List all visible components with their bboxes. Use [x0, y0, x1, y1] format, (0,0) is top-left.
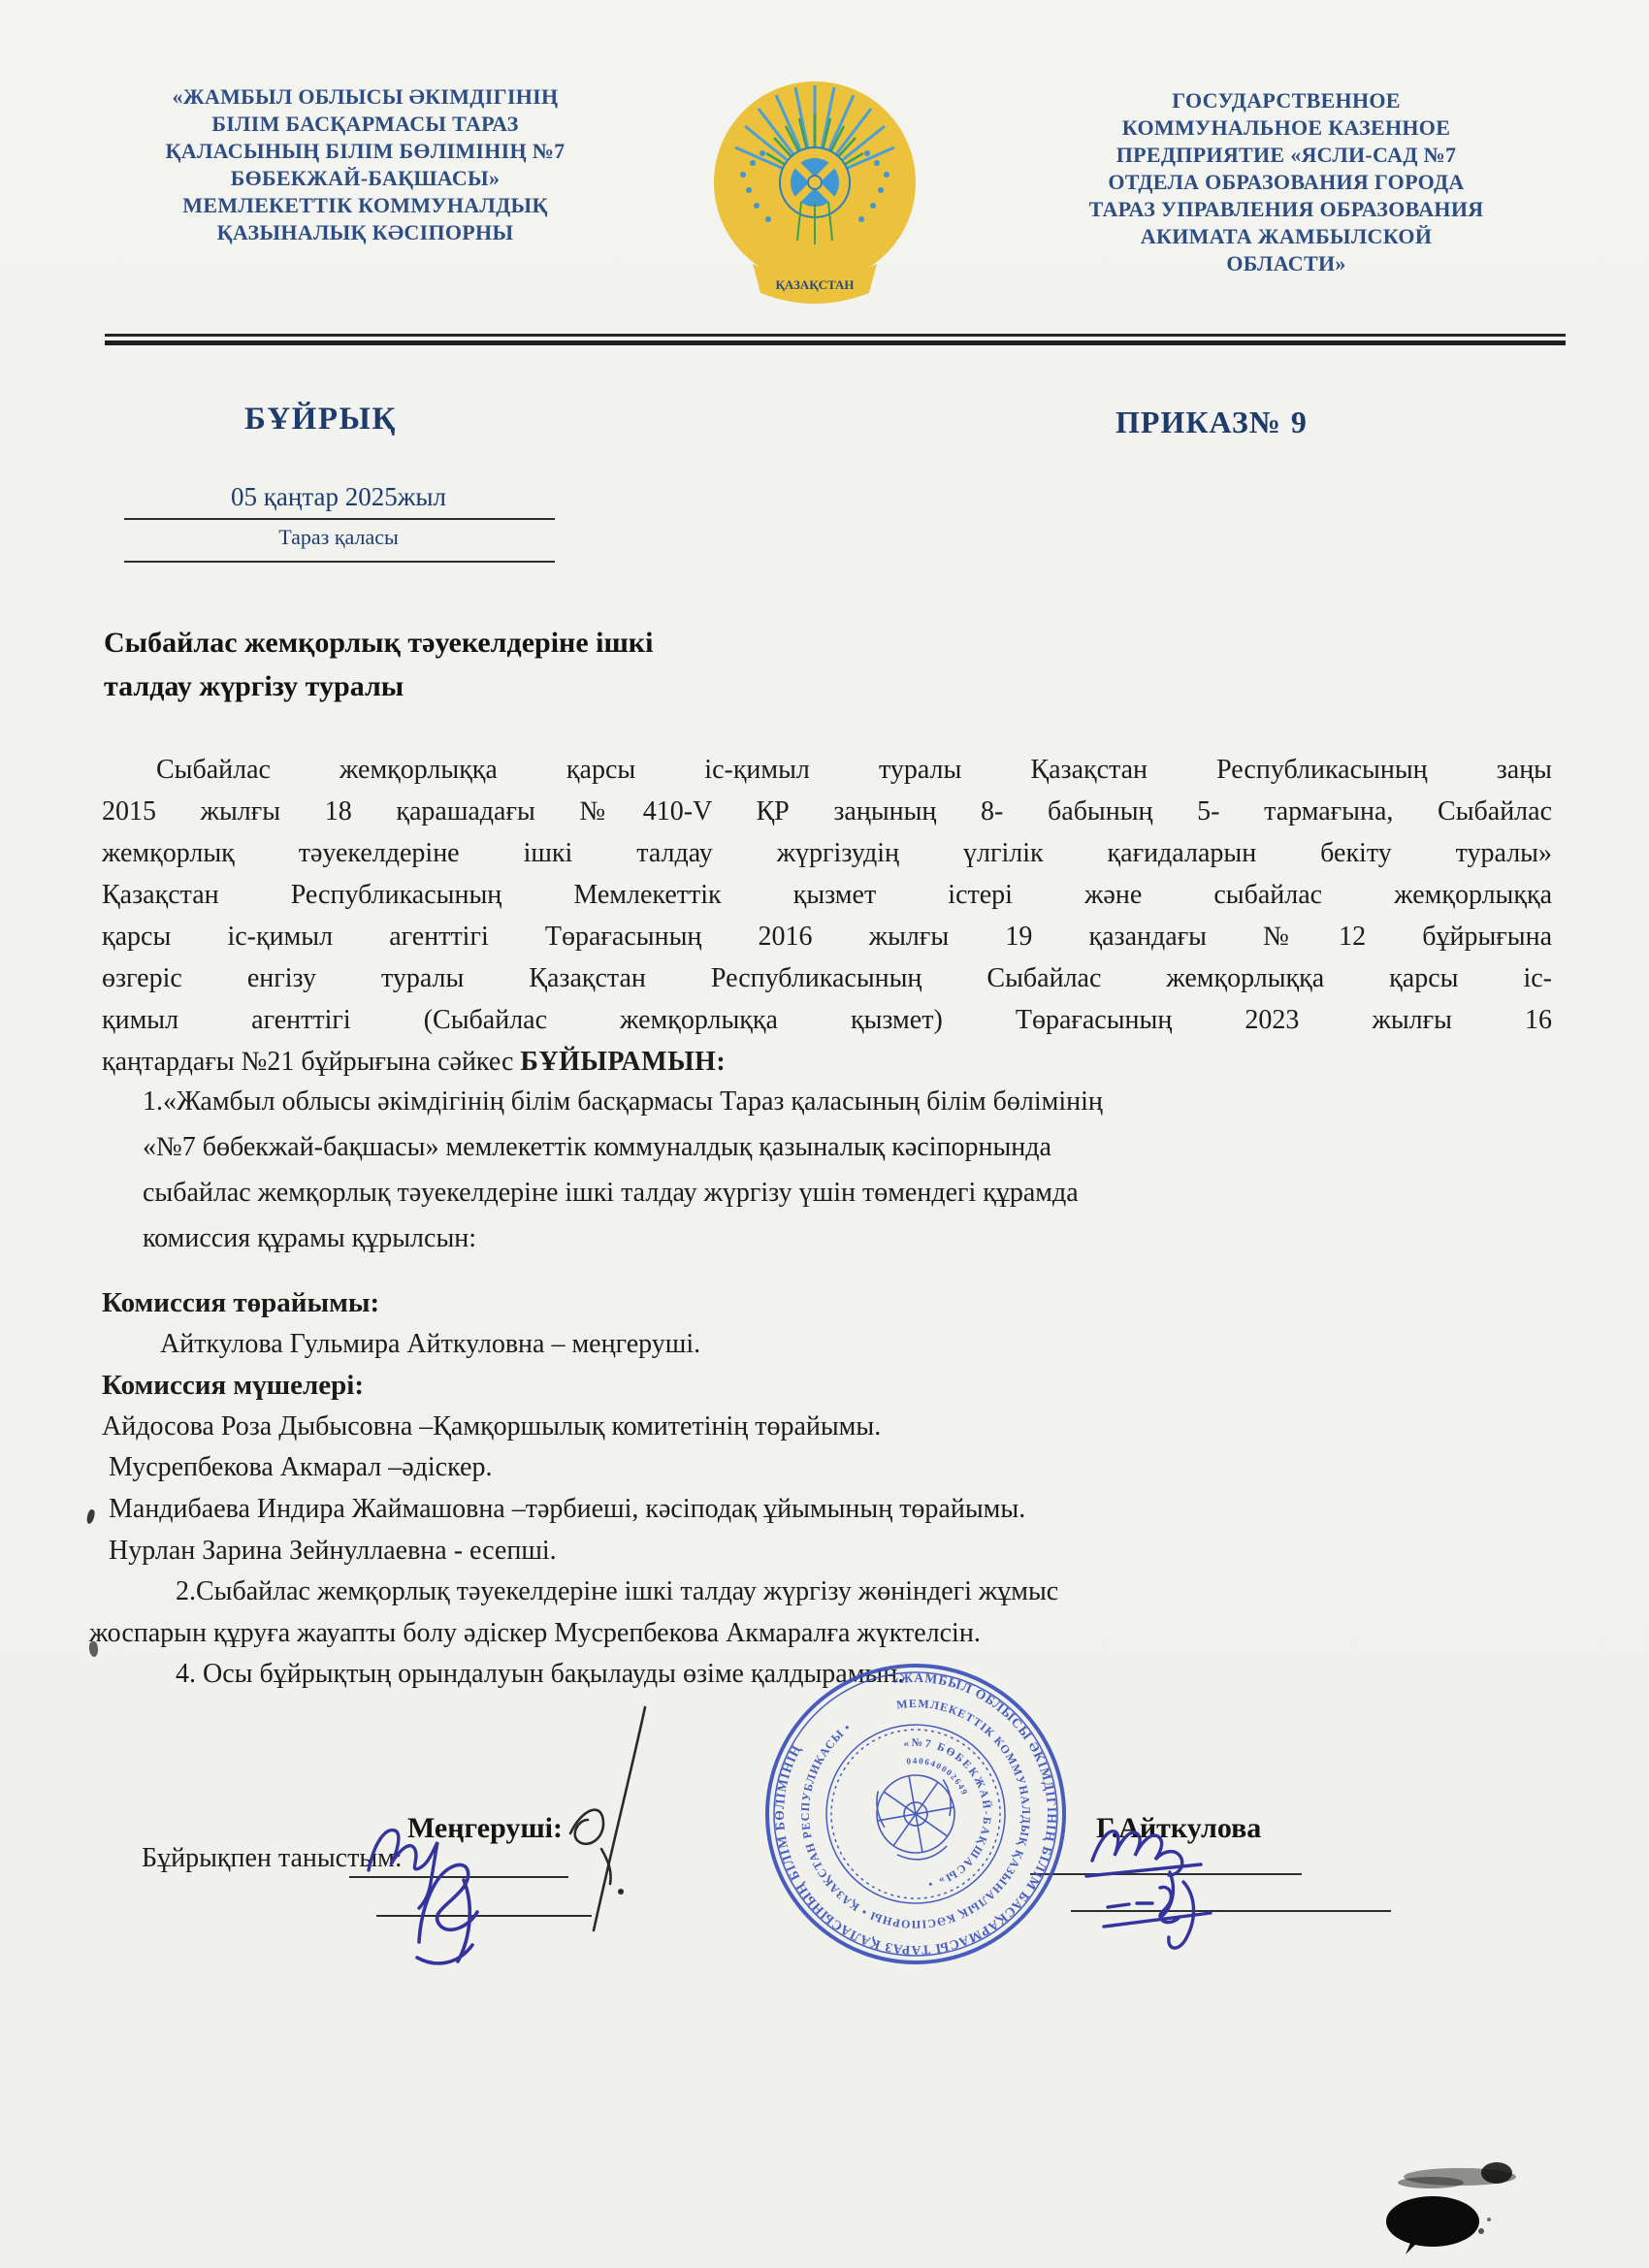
item-2: 2.Сыбайлас жемқорлық тәуекелдеріне ішкі … — [102, 1571, 1557, 1613]
org-line: ҚАЛАСЫНЫҢ БІЛІМ БӨЛІМІНІҢ №7 — [101, 138, 630, 165]
paragraph-line: өзгеріс енгізу туралы Қазақстан Республи… — [102, 957, 1552, 999]
org-line: БӨБЕКЖАЙ-БАҚШАСЫ» — [101, 165, 630, 192]
org-line: ТАРАЗ УПРАВЛЕНИЯ ОБРАЗОВАНИЯ — [1018, 196, 1554, 223]
org-line: ҚАЗЫНАЛЫҚ КӘСІПОРНЫ — [101, 219, 630, 246]
pen-signature — [570, 1707, 645, 1930]
org-line: ГОСУДАРСТВЕННОЕ — [1018, 87, 1554, 114]
paragraph-last-prefix: қаңтардағы №21 бұйрығына сәйкес — [102, 1047, 520, 1077]
org-line: АКИМАТА ЖАМБЫЛСКОЙ — [1018, 223, 1554, 250]
order-title-ru-label: ПРИКАЗ№ — [1115, 405, 1281, 439]
ink-smudge — [1398, 2162, 1516, 2188]
scanned-order-document: «ЖАМБЫЛ ОБЛЫСЫ ӘКІМДІГІНІҢ БІЛІМ БАСҚАРМ… — [0, 0, 1649, 2268]
acknowledgement-label: Бұйрықпен таныстым: — [142, 1843, 403, 1874]
signature-line — [1071, 1910, 1391, 1912]
order-date: 05 қаңтар 2025жыл — [124, 482, 553, 512]
header-divider — [105, 334, 1566, 350]
blue-signature — [1104, 1882, 1211, 1948]
org-line: ОБЛАСТИ» — [1018, 250, 1554, 277]
commission-member: Мандибаева Индира Жаймашовна –тәрбиеші, … — [102, 1489, 1557, 1531]
order-title-russian: ПРИКАЗ№9 — [1115, 405, 1308, 440]
commission-section: Комиссия төрайымы: Айткулова Гульмира Ай… — [102, 1282, 1557, 1696]
paragraph-line: Қазақстан Республикасының Мемлекеттік қы… — [102, 874, 1552, 916]
org-line: БІЛІМ БАСҚАРМАСЫ ТАРАЗ — [101, 111, 630, 138]
org-line: КОММУНАЛЬНОЕ КАЗЕННОЕ — [1018, 114, 1554, 142]
item-2-continuation: жоспарын құруға жауапты болу әдіскер Мус… — [89, 1613, 1557, 1655]
signature-line — [1030, 1873, 1302, 1875]
manager-label: Меңгеруші: — [407, 1812, 563, 1845]
paragraph-line: қимыл агенттігі (Сыбайлас жемқорлыққа қы… — [102, 999, 1552, 1041]
commission-members-header: Комиссия мүшелері: — [102, 1365, 1557, 1407]
decree-word: БҰЙЫРАМЫН: — [520, 1047, 726, 1077]
commission-member: Мусрепбекова Акмарал –әдіскер. — [102, 1447, 1557, 1489]
org-line: ОТДЕЛА ОБРАЗОВАНИЯ ГОРОДА — [1018, 169, 1554, 196]
manager-signature-name: Г.Айткулова — [1096, 1812, 1261, 1845]
scan-speck — [86, 1508, 96, 1524]
emblem-banner-text: ҚАЗАҚСТАН — [775, 277, 854, 292]
body-paragraph: Сыбайлас жемқорлыққа қарсы іс-қимыл тура… — [102, 749, 1552, 1083]
item1-line: 1.«Жамбыл облысы әкімдігінің білім басқа… — [143, 1079, 1447, 1124]
item-1: 1.«Жамбыл облысы әкімдігінің білім басқа… — [143, 1079, 1447, 1261]
paragraph-line: 2015 жылғы 18 қарашадағы №410-V ҚР заңын… — [102, 791, 1552, 832]
signature-line — [376, 1915, 592, 1917]
date-underline — [124, 518, 555, 520]
order-place: Тараз қаласы — [124, 525, 553, 550]
ink-blot — [1373, 2155, 1537, 2257]
org-name-kazakh: «ЖАМБЫЛ ОБЛЫСЫ ӘКІМДІГІНІҢ БІЛІМ БАСҚАРМ… — [101, 83, 630, 246]
kazakhstan-emblem-icon: ҚАЗАҚСТАН — [706, 74, 923, 307]
order-subject: Сыбайлас жемқорлық тәуекелдеріне ішкі та… — [104, 621, 653, 708]
commission-chair-header: Комиссия төрайымы: — [102, 1282, 1557, 1324]
official-seal-stamp: «ЖАМБЫЛ ОБЛЫСЫ ӘКІМДІГІНІҢ БІЛІМ БАСҚАРМ… — [762, 1661, 1069, 1967]
item1-line: сыбайлас жемқорлық тәуекелдеріне ішкі та… — [143, 1170, 1447, 1215]
org-name-russian: ГОСУДАРСТВЕННОЕ КОММУНАЛЬНОЕ КАЗЕННОЕ ПР… — [1018, 87, 1554, 277]
commission-chair: Айткулова Гульмира Айткуловна – меңгеруш… — [102, 1324, 1557, 1366]
item1-line: «№7 бөбекжай-бақшасы» мемлекеттік коммун… — [143, 1124, 1447, 1170]
item1-line: комиссия құрамы құрылсын: — [143, 1215, 1447, 1261]
paragraph-line: Сыбайлас жемқорлыққа қарсы іс-қимыл тура… — [102, 749, 1552, 791]
org-line: МЕМЛЕКЕТТІК КОММУНАЛДЫҚ — [101, 192, 630, 219]
order-title-kazakh: БҰЙРЫҚ — [244, 402, 397, 437]
place-underline — [124, 561, 555, 563]
paragraph-line: қарсы іс-қимыл агенттігі Төрағасының 201… — [102, 916, 1552, 957]
signature-line — [349, 1876, 568, 1878]
org-line: «ЖАМБЫЛ ОБЛЫСЫ ӘКІМДІГІНІҢ — [101, 83, 630, 111]
subject-line: Сыбайлас жемқорлық тәуекелдеріне ішкі — [104, 621, 653, 664]
org-line: ПРЕДПРИЯТИЕ «ЯСЛИ-САД №7 — [1018, 142, 1554, 169]
commission-member: Нурлан Зарина Зейнуллаевна - есепші. — [102, 1531, 1557, 1572]
commission-member: Айдосова Роза Дыбысовна –Қамқоршылық ком… — [102, 1407, 1557, 1448]
order-number: 9 — [1291, 405, 1308, 439]
ink-blob — [1386, 2196, 1491, 2254]
paragraph-line: қаңтардағы №21 бұйрығына сәйкес БҰЙЫРАМЫ… — [102, 1041, 1552, 1083]
paragraph-line: жемқорлық тәуекелдеріне ішкі талдау жүрг… — [102, 832, 1552, 874]
subject-line: талдау жүргізу туралы — [104, 664, 653, 708]
